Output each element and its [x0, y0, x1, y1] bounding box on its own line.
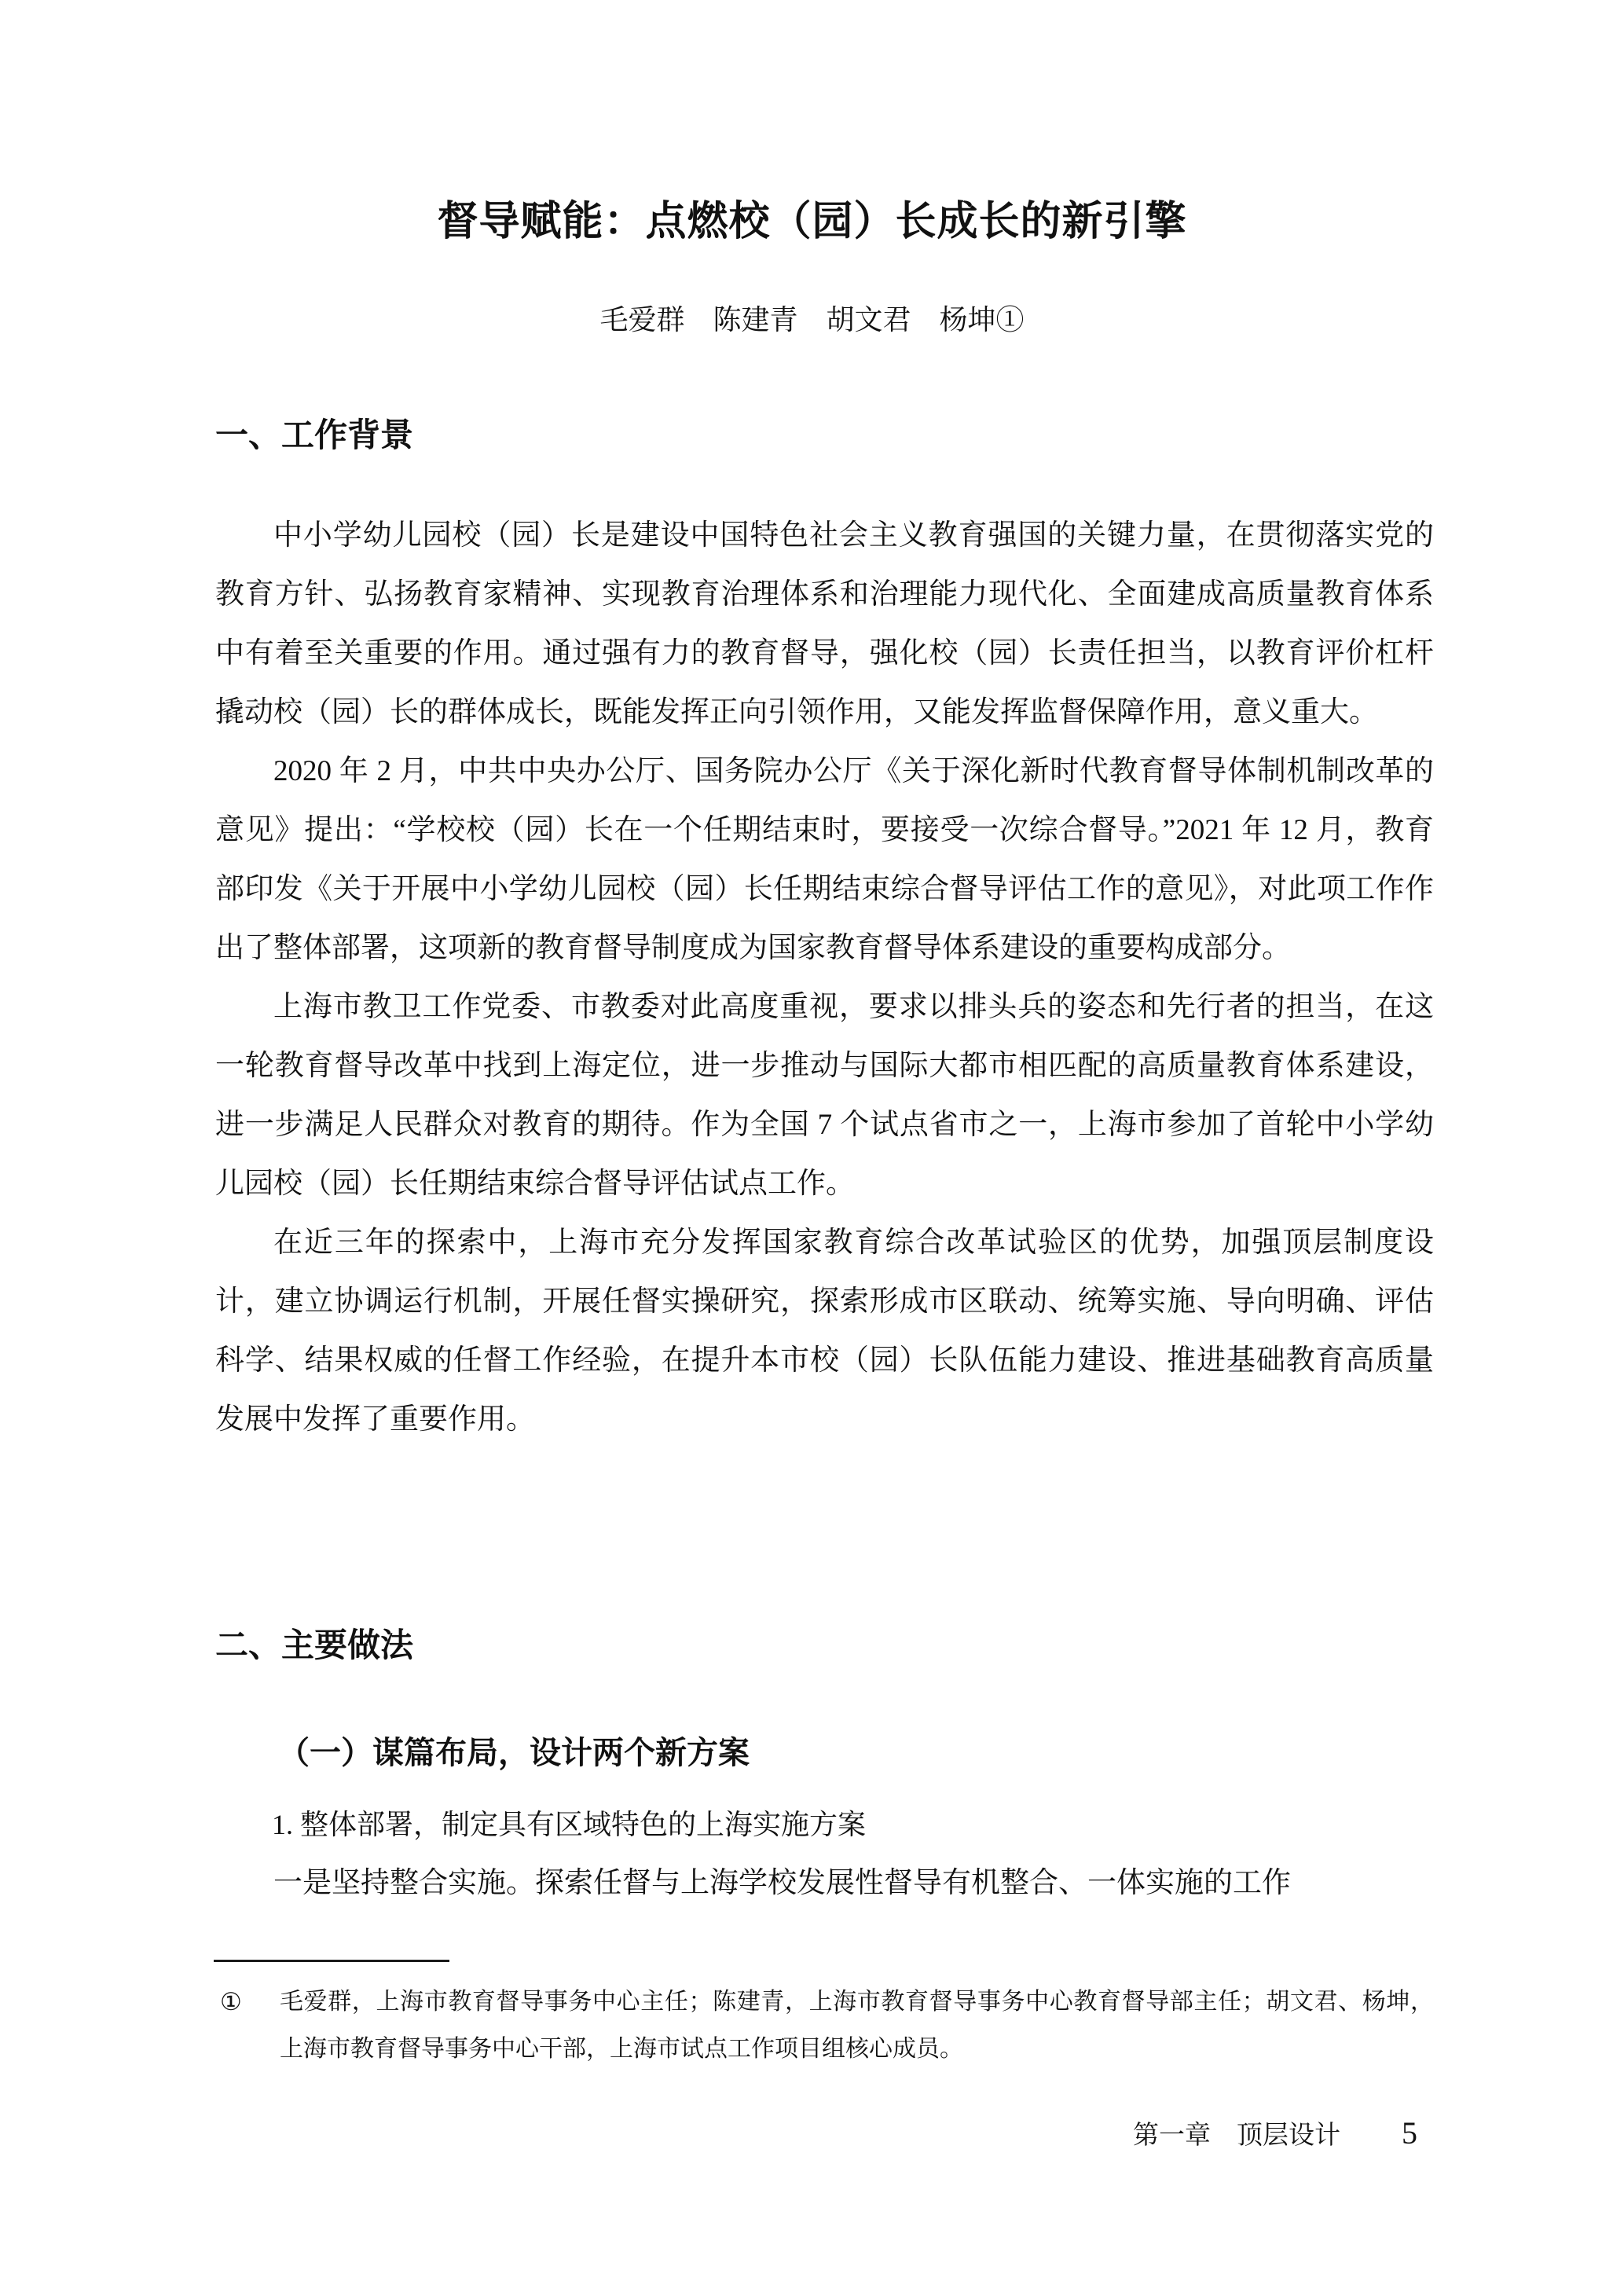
numbered-item: 1. 整体部署，制定具有区域特色的上海实施方案 — [215, 1806, 1434, 1843]
paragraph-1: 中小学幼儿园校（园）长是建设中国特色社会主义教育强国的关键力量，在贯彻落实党的教… — [215, 506, 1434, 742]
footer-page-number: 5 — [1402, 2114, 1417, 2153]
paragraph-2: 2020 年 2 月，中共中央办公厅、国务院办公厅《关于深化新时代教育督导体制机… — [215, 742, 1434, 977]
document-page: 督导赋能：点燃校（园）长成长的新引擎 毛爱群 陈建青 胡文君 杨坤① 一、工作背… — [0, 0, 1624, 2274]
item-body-line: 一是坚持整合实施。探索任督与上海学校发展性督导有机整合、一体实施的工作 — [215, 1864, 1434, 1903]
page-title: 督导赋能：点燃校（园）长成长的新引擎 — [0, 198, 1624, 247]
section-heading-methods: 二、主要做法 — [215, 1625, 1434, 1666]
paragraph-4: 在近三年的探索中，上海市充分发挥国家教育综合改革试验区的优势，加强顶层制度设计，… — [215, 1213, 1434, 1449]
section-heading-background: 一、工作背景 — [215, 415, 1434, 456]
subsection-heading: （一）谋篇布局，设计两个新方案 — [215, 1733, 1434, 1773]
authors-line: 毛爱群 陈建青 胡文君 杨坤① — [0, 302, 1624, 338]
footnote-divider — [214, 1960, 449, 1962]
page-footer: 第一章 顶层设计 5 — [1133, 2114, 1417, 2155]
footnote-marker: ① — [220, 1979, 280, 2026]
paragraph-3: 上海市教卫工作党委、市教委对此高度重视，要求以排头兵的姿态和先行者的担当，在这一… — [215, 977, 1434, 1213]
section-background-body: 中小学幼儿园校（园）长是建设中国特色社会主义教育强国的关键力量，在贯彻落实党的教… — [215, 506, 1434, 1449]
footer-chapter-title: 第一章 顶层设计 — [1133, 2116, 1340, 2155]
footnote: ① 毛爱群，上海市教育督导事务中心主任；陈建青，上海市教育督导事务中心教育督导部… — [220, 1979, 1434, 2073]
footnote-text: 毛爱群，上海市教育督导事务中心主任；陈建青，上海市教育督导事务中心教育督导部主任… — [280, 1979, 1434, 2073]
